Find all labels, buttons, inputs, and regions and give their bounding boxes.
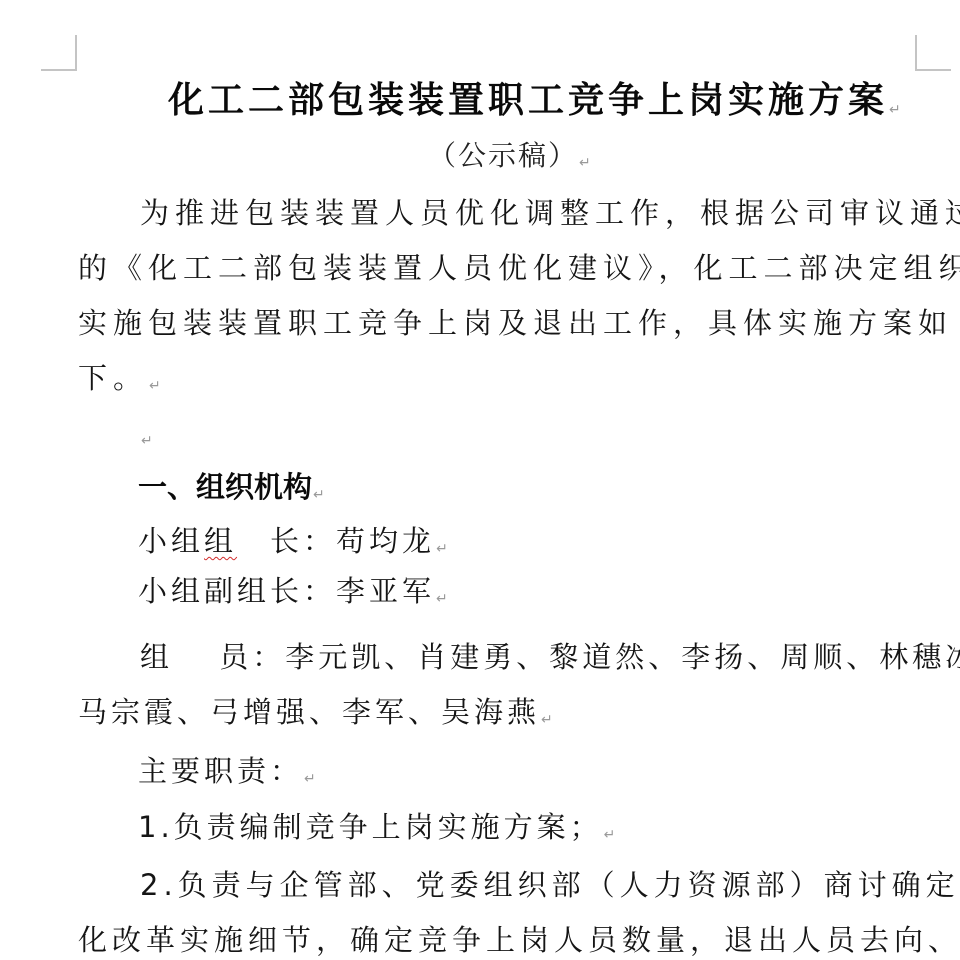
leader-label-text: 小组组 xyxy=(138,524,237,558)
deputy-label: 小组副组长： xyxy=(138,574,336,608)
members-names-2: 马宗霞、弓增强、李军、吴海燕 xyxy=(78,695,540,729)
document-subtitle: （公示稿）↵ xyxy=(428,136,591,183)
paragraph-mark-icon: ↵ xyxy=(141,433,153,449)
leader-line: 小组组 长：苟均龙↵ xyxy=(138,518,448,572)
paragraph-mark-icon: ↵ xyxy=(436,541,448,557)
deputy-line: 小组副组长：李亚军↵ xyxy=(138,568,448,622)
page-corner-mark-top-right xyxy=(915,35,951,71)
page-corner-mark-top-left xyxy=(41,35,77,71)
intro-line: 的《化工二部包装装置人员优化建议》，化工二部决定组织 xyxy=(78,241,960,296)
members-line-2: 马宗霞、弓增强、李军、吴海燕↵ xyxy=(78,685,960,740)
paragraph-mark-icon: ↵ xyxy=(541,712,553,728)
spellcheck-underline[interactable]: 组 xyxy=(204,524,237,558)
duty-item-1: 1.负责编制竞争上岗实施方案；↵ xyxy=(138,804,615,858)
duties-label: 主要职责： xyxy=(138,754,303,788)
empty-paragraph: ↵ xyxy=(140,410,153,464)
members-label: 组 员： xyxy=(140,640,285,674)
heading-text: 一、组织机构 xyxy=(138,470,312,504)
duty-item-2: 2.负责与企管部、党委组织部（人力资源部）商讨确定优 化改革实施细节，确定竞争上… xyxy=(78,858,960,960)
leader-name: 苟均龙 xyxy=(336,524,435,558)
title-text: 化工二部包装装置职工竞争上岗实施方案 xyxy=(168,80,888,121)
paragraph-mark-icon: ↵ xyxy=(313,487,325,503)
duty-text: 1.负责编制竞争上岗实施方案； xyxy=(138,810,603,844)
paragraph-mark-icon: ↵ xyxy=(436,591,448,607)
intro-line: 为推进包装装置人员优化调整工作，根据公司审议通过 xyxy=(78,186,960,241)
intro-line-text: 下。 xyxy=(78,361,148,395)
leader-label-b: 长： xyxy=(237,524,336,558)
paragraph-mark-icon: ↵ xyxy=(304,771,316,787)
duty-line: 2.负责与企管部、党委组织部（人力资源部）商讨确定优 xyxy=(78,858,960,913)
intro-line: 实施包装装置职工竞争上岗及退出工作，具体实施方案如 xyxy=(78,296,960,351)
subtitle-text: （公示稿） xyxy=(428,139,578,172)
deputy-name: 李亚军 xyxy=(336,574,435,608)
duties-label-line: 主要职责：↵ xyxy=(138,748,316,802)
members-names-1: 李元凯、肖建勇、黎道然、李扬、周顺、林穗冰、 xyxy=(285,640,960,674)
paragraph-mark-icon: ↵ xyxy=(579,155,591,171)
duty-line: 化改革实施细节，确定竞争上岗人员数量，退出人员去向、岗 xyxy=(78,913,960,960)
section-heading-organization: 一、组织机构↵ xyxy=(138,464,325,518)
intro-line-last: 下。↵ xyxy=(78,351,960,406)
leader-label-a: 小组组 xyxy=(138,524,237,558)
document-title: 化工二部包装装置职工竞争上岗实施方案↵ xyxy=(168,78,848,133)
paragraph-mark-icon: ↵ xyxy=(149,378,161,394)
intro-paragraph: 为推进包装装置人员优化调整工作，根据公司审议通过 的《化工二部包装装置人员优化建… xyxy=(78,186,960,406)
paragraph-mark-icon: ↵ xyxy=(889,102,901,118)
members-line-1: 组 员：李元凯、肖建勇、黎道然、李扬、周顺、林穗冰、 xyxy=(78,630,960,685)
paragraph-mark-icon: ↵ xyxy=(604,827,616,843)
members-paragraph: 组 员：李元凯、肖建勇、黎道然、李扬、周顺、林穗冰、 马宗霞、弓增强、李军、吴海… xyxy=(78,630,960,740)
